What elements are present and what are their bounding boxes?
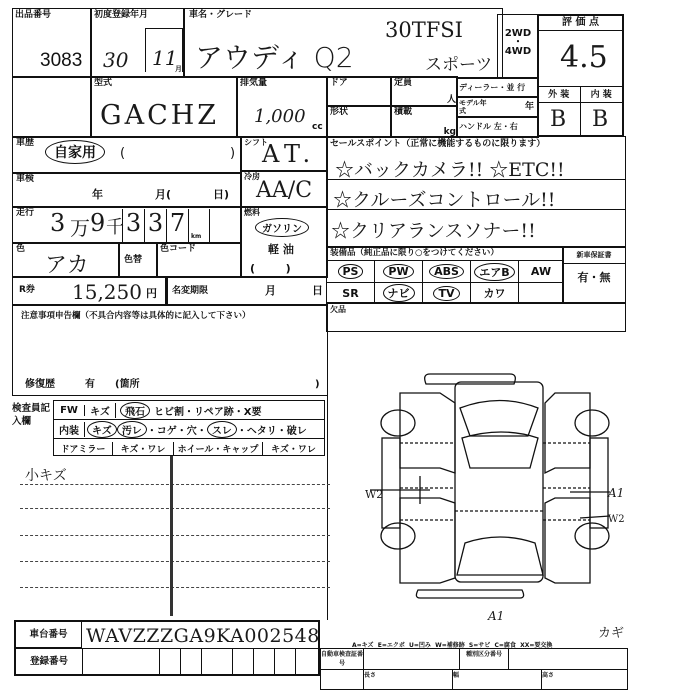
inspection-day: 日) [213,190,229,200]
sales-point: ☆クルーズコントロール!! [333,185,555,212]
inspector-row-1: FW キズ 飛石 ヒビ割・リペア跡・X要 [54,401,324,420]
length-label: 長さ [364,670,453,690]
recycle-value: 15,250 [72,280,142,304]
inspector-comment: 小キズ [25,465,67,485]
color-code-cell: 色コード [156,242,242,278]
cert-number-box [364,649,460,669]
ac-value: AA/C [256,178,312,203]
repair-label: 修復歴 [25,380,55,390]
equip-ps: PS [327,261,375,282]
equip-pw: PW [375,261,423,282]
reg-box [254,649,275,674]
mark-left-door: W2 [365,488,383,501]
comment-line [20,535,330,536]
mark-right-door: A1 [608,486,624,500]
inspector-label: 検査員記入欄 [12,402,52,428]
comment-line [20,587,330,588]
warranty-cell: 新車保証書 有・無 [562,246,626,304]
warranty-label: 新車保証書 [563,247,625,264]
load-label: 積載 [394,107,454,117]
equip-blank [519,283,563,303]
handle-label: ハンドル 左・右 [459,122,536,132]
drive-cell: 2WD ・ 4WD [497,14,539,78]
reg-label: 登録番号 [16,649,83,674]
equipment-row-2: SR ナビ TV カワ [327,282,563,303]
name-change-day: 日 [312,286,323,296]
model-year-label: モデル年式 [459,99,489,115]
shape-label: 形状 [330,107,388,117]
reg-box [160,649,181,674]
inspector-row-2: 内装 キズ 汚レ ・コゲ・穴・ スレ ・ヘタリ・破レ [54,420,324,439]
capacity-unit: 人 [447,95,456,105]
fuel-label: 燃料 [244,208,324,218]
drive-4wd: 4WD [498,46,538,57]
grade-line2: スポーツ [425,50,492,75]
missing-items-label: 欠品 [330,305,622,315]
interior-grade: B [592,107,608,132]
lot-number: 3083 [40,50,82,72]
extra-row-2: 長さ 幅 高さ [321,670,627,690]
grade-divider [580,102,581,136]
exterior-grade: B [550,107,566,132]
extra-row-1: 自動車検査証番号 種別区分番号 [321,649,627,670]
mileage-digit: 3 [145,209,167,242]
model-year-unit: 年 [525,102,534,112]
equip-aw: AW [519,261,563,282]
inspection-year: 年 [92,190,103,200]
lot-number-label: 出品番号 [15,10,89,20]
reg-box [202,649,233,674]
height-label: 高さ [542,670,627,690]
sales-line-2: ☆クルーズコントロール!! [327,180,625,210]
drive-dot: ・ [498,39,538,46]
displacement-unit: cc [312,122,323,132]
exterior-label: 外 装 [538,87,581,102]
load-cell: 積載kg [390,105,458,138]
class-number-box [509,649,627,669]
grade-labels-row: 外 装 内 装 [538,86,622,103]
reg-box [296,649,318,674]
repair-yes: 有 [85,380,95,390]
month-unit: 月 [175,64,182,74]
warranty-value: 有・無 [563,273,625,283]
comment-line [20,484,330,485]
dealer-label: ディーラー・並 行 [459,83,536,93]
cert-number-label: 自動車検査証番号 [321,649,364,669]
color-change-label: 色替 [124,255,152,265]
fuel-other: ( ) [250,264,291,274]
name-change-month: 月 [265,286,276,296]
score-label: 評 価 点 [539,16,622,31]
door-cell: ドア [326,76,392,107]
door-label: ドア [330,78,388,88]
equip-sr: SR [327,283,375,303]
model-code-label: 型式 [94,78,234,88]
sales-point: ☆クリアランスソナー!! [331,216,536,243]
displacement-label: 排気量 [240,78,324,88]
comment-line [20,561,330,562]
dims-spacer [321,670,364,690]
dealer-cell: ディーラー・並 行 [456,78,539,98]
reg-box [233,649,254,674]
reg-box [83,649,160,674]
fuel-gasoline: ガソリン [255,218,309,237]
recycle-unit: 円 [146,289,157,299]
class-number-label: 種別区分番号 [460,649,509,669]
first-reg-label: 初度登録年月 [94,10,181,20]
sales-point: ☆バックカメラ!! ☆ETC!! [335,155,565,182]
chassis-value: WAVZZZGA9KA002548 [86,625,320,647]
mileage-digit: 万 [70,209,90,242]
mark-rear-bumper: A1 [488,609,504,623]
name-change-label: 名変期限 [172,286,322,296]
inspection-label: 車検 [16,174,238,184]
width-label: 幅 [453,670,542,690]
inspector-grid: FW キズ 飛石 ヒビ割・リペア跡・X要 内装 キズ 汚レ ・コゲ・穴・ スレ … [53,400,325,456]
displacement: 1,000 [254,106,306,127]
mileage-digit: 3 [50,209,70,242]
footer-extra-table: 自動車検査証番号 種別区分番号 長さ 幅 高さ [320,648,628,690]
color-value: アカ [45,248,89,279]
equip-tv: TV [423,283,471,303]
reg-row: 登録番号 [16,648,318,674]
equipment-label: 装備品（純正品に限り○をつけてください） [330,248,560,258]
sales-line-3: ☆クリアランスソナー!! [327,210,625,240]
mileage-digit: 3 [123,209,145,242]
model-year-cell: モデル年式年 [456,96,539,118]
equipment-row-1: PS PW ABS エアB AW [327,260,563,282]
shift-value: AT. [262,140,316,168]
handle-cell: ハンドル 左・右 [456,116,539,138]
inspection-month: 月( [155,190,171,200]
comment-divider [170,456,173,616]
notes-cell: 注意事項申告欄（不具合内容等は具体的に記入して下さい） [12,304,328,396]
equip-abs: ABS [423,261,471,282]
first-reg-year: 30 [103,48,128,72]
grade-line1: 30TFSI [385,18,463,42]
usage-paren-open: ( [120,146,125,161]
sales-points-label: セールスポイント（正常に機能するものに限ります） [330,139,622,149]
inspector-row-3: ドアミラー キズ・ワレ ホイール・キャップ キズ・ワレ [54,439,324,457]
mileage-digits: 3 万 9 千 3 3 7 km [50,209,210,242]
chassis-label: 車台番号 [16,622,82,648]
car-name: アウディ Q2 [195,36,354,76]
usage-paren-close: ) [230,146,235,161]
lot-left-spacer [12,76,92,138]
fuel-diesel: 軽 油 [268,245,294,255]
score-value: 4.5 [560,40,608,75]
missing-items-cell: 欠品 [326,302,626,332]
reg-box [275,649,296,674]
mileage-digit: 7 [167,209,189,242]
mark-right-rear-door: W2 [608,514,625,525]
first-reg-month: 11 [152,46,177,70]
repair-location: (箇所 [115,380,140,390]
comment-line [20,508,330,509]
mileage-digit: 9 [90,209,106,242]
repair-close: ) [315,380,320,390]
notes-label: 注意事項申告欄（不具合内容等は具体的に記入して下さい） [21,311,319,321]
sales-line-1: ☆バックカメラ!! ☆ETC!! [327,150,625,180]
equip-airbag: エアB [471,261,519,282]
capacity-cell: 定員人 [390,76,458,107]
name-change-cell: 名変期限 [165,276,327,306]
mileage-digit: 千 [106,209,123,242]
reg-box [181,649,202,674]
equip-leather: カワ [471,283,519,303]
usage-value: 自家用 [45,140,105,164]
mileage-digit: km [189,209,210,242]
model-code: GACHZ [100,100,219,131]
capacity-label: 定員 [394,78,454,88]
equip-navi: ナビ [375,283,423,303]
mileage-unit: km [191,233,201,240]
color-code-label: 色コード [160,244,238,254]
inspection-cell: 車検 [12,172,242,208]
car-damage-diagram [370,368,620,608]
mark-rear-corner: カギ [598,622,624,641]
shape-cell: 形状 [326,105,392,138]
color-change-cell: 色替 [118,242,158,278]
interior-label: 内 装 [581,87,623,102]
